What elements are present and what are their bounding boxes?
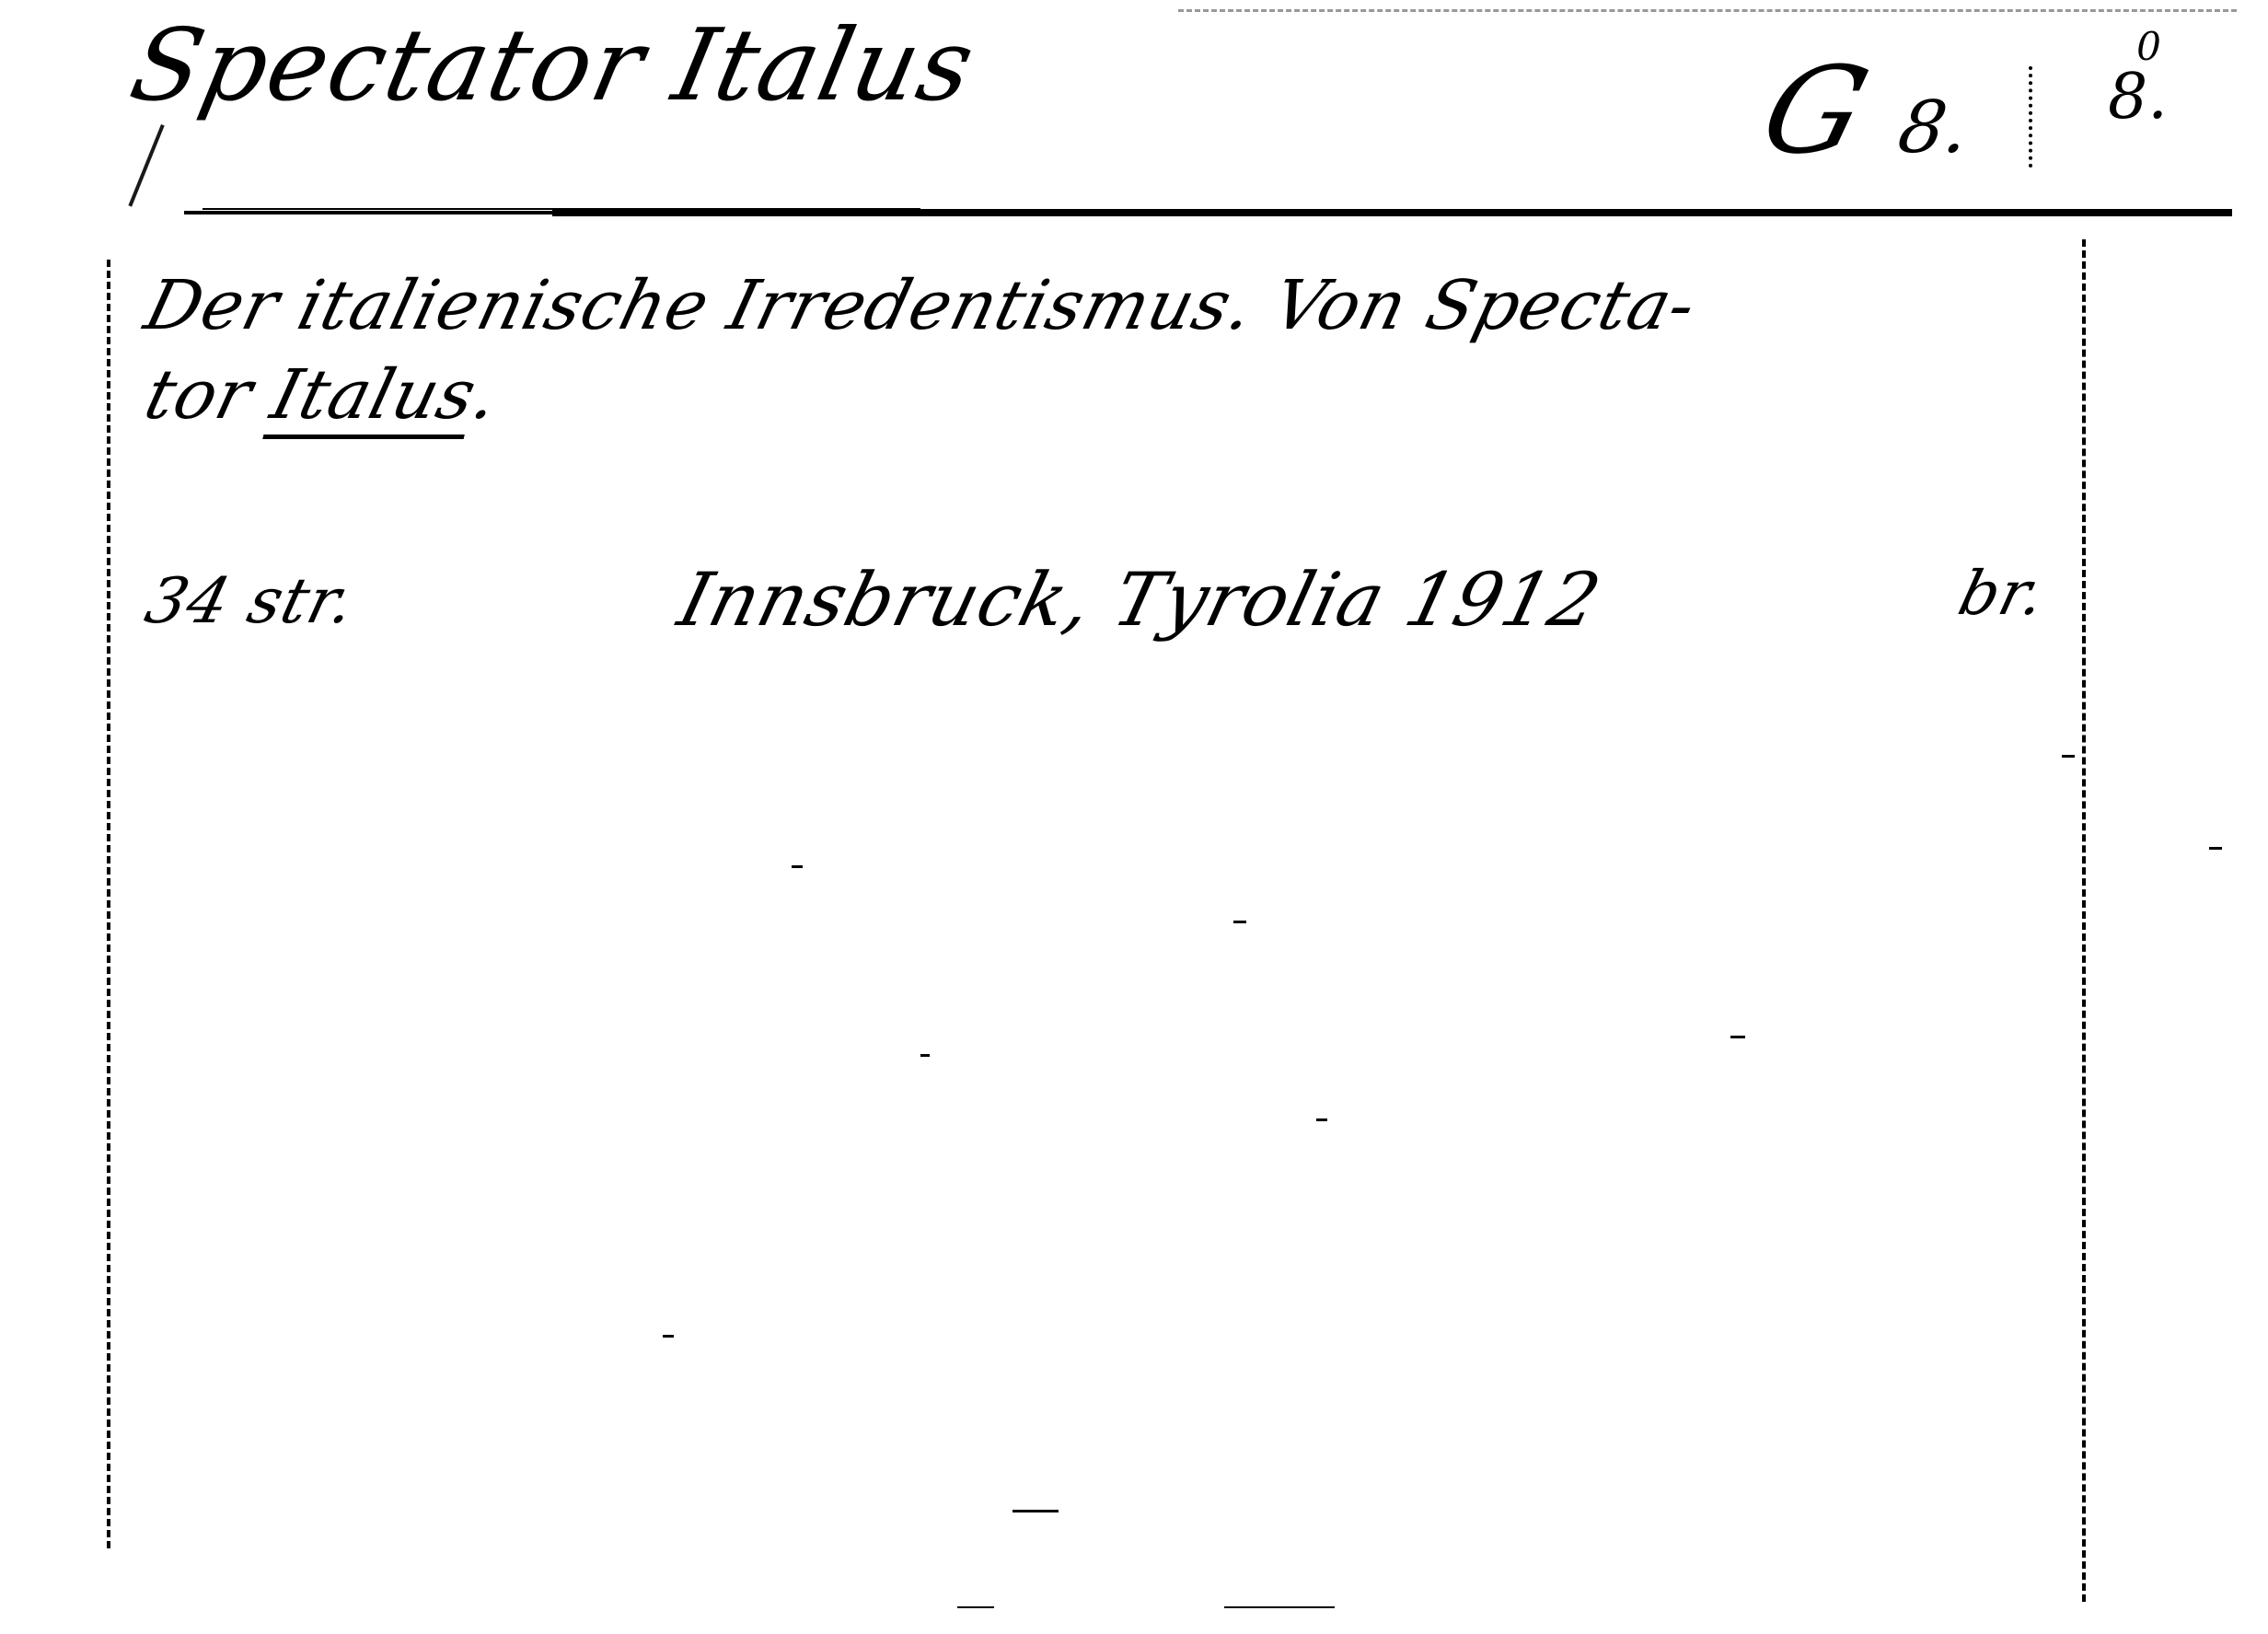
shelf-mark: G8. xyxy=(1767,51,1968,170)
catalog-card: Spectator Italus G8. 0 8. Der italienisc… xyxy=(0,0,2268,1634)
scan-speck xyxy=(1012,1510,1059,1512)
scan-speck xyxy=(1224,1606,1335,1608)
scan-speck xyxy=(1233,921,1246,923)
heading-rule-left xyxy=(184,211,571,214)
scan-speck xyxy=(1316,1118,1327,1121)
header-dotted-divider xyxy=(2029,66,2032,168)
format-value: 8. xyxy=(2108,66,2168,129)
title-line-2: tor Italus. xyxy=(139,361,506,429)
page-count: 34 str. xyxy=(140,571,362,633)
scan-speck xyxy=(663,1335,674,1338)
title-line-1: Der italienische Irredentismus. Von Spec… xyxy=(139,272,1703,340)
card-heading-author: Spectator Italus xyxy=(123,17,984,116)
left-margin-line xyxy=(107,260,110,1548)
imprint: Innsbruck, Tyrolia 1912 xyxy=(672,563,1608,637)
scan-edge-marks xyxy=(1178,9,2237,15)
scan-speck xyxy=(1730,1036,1745,1038)
title-underlined-word: Italus xyxy=(263,355,484,435)
right-margin-line xyxy=(2082,239,2086,1602)
format-mark: 0 8. xyxy=(2108,28,2168,129)
title-line-2-prefix: tor xyxy=(137,355,283,435)
heading-rule-thick xyxy=(552,209,2232,216)
scan-speck xyxy=(957,1606,994,1608)
scan-speck xyxy=(792,865,803,868)
binding-note: br. xyxy=(1953,563,2052,624)
shelf-mark-letter: G xyxy=(1752,51,1880,170)
scan-speck xyxy=(2209,847,2222,850)
heading-descender-stroke xyxy=(128,124,164,207)
shelf-mark-number: 8. xyxy=(1893,92,1974,164)
scan-speck xyxy=(920,1054,930,1057)
scan-speck xyxy=(2062,755,2075,758)
